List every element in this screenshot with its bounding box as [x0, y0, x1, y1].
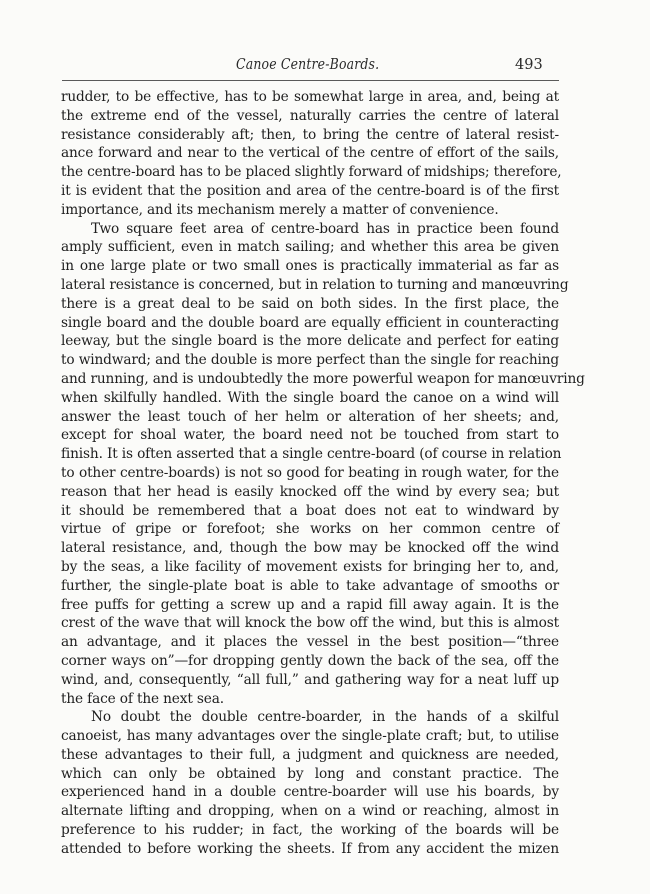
text-line: an advantage, and it places the vessel i… — [61, 633, 559, 652]
text-line: and running, and is undoubtedly the more… — [61, 370, 559, 389]
text-line: the centre-board has to be placed slight… — [61, 163, 559, 182]
running-head: Canoe Centre-Boards. — [61, 57, 450, 77]
text-line: the face of the next sea. — [61, 690, 559, 709]
text-line: except for shoal water, the board need n… — [61, 426, 559, 445]
paragraph-3: No doubt the double centre-boarder, in t… — [61, 708, 559, 858]
text-line: virtue of gripe or forefoot; she works o… — [61, 520, 559, 539]
text-line: No doubt the double centre-boarder, in t… — [61, 708, 559, 727]
text-line: to windward; and the double is more perf… — [61, 351, 559, 370]
page-number: 493 — [515, 57, 543, 73]
text-line: lateral resistance is concerned, but in … — [61, 276, 559, 295]
text-line: there is a great deal to be said on both… — [61, 295, 559, 314]
text-line: which can only be obtained by long and c… — [61, 765, 559, 784]
paragraph-2: Two square feet area of centre-board has… — [61, 220, 559, 709]
text-line: preference to his rudder; in fact, the w… — [61, 821, 559, 840]
text-line: by the seas, a like facility of movement… — [61, 558, 559, 577]
text-line: to other centre-boards) is not so good f… — [61, 464, 559, 483]
text-line: crest of the wave that will knock the bo… — [61, 614, 559, 633]
text-line: when skilfully handled. With the single … — [61, 389, 559, 408]
text-line: finish. It is often asserted that a sing… — [61, 445, 559, 464]
text-line: single board and the double board are eq… — [61, 314, 559, 333]
text-line: experienced hand in a double centre-boar… — [61, 783, 559, 802]
text-line: it is evident that the position and area… — [61, 182, 559, 201]
text-line: rudder, to be effective, has to be somew… — [61, 88, 559, 107]
text-line: importance, and its mechanism merely a m… — [61, 201, 559, 220]
text-line: leeway, but the single board is the more… — [61, 332, 559, 351]
text-line: alternate lifting and dropping, when on … — [61, 802, 559, 821]
book-page: Canoe Centre-Boards. 493 rudder, to be e… — [0, 0, 650, 894]
text-line: resistance considerably aft; then, to br… — [61, 126, 559, 145]
text-line: the extreme end of the vessel, naturally… — [61, 107, 559, 126]
running-title: Canoe Centre-Boards. — [236, 57, 379, 73]
text-line: free puffs for getting a screw up and a … — [61, 596, 559, 615]
text-line: canoeist, has many advantages over the s… — [61, 727, 559, 746]
text-line: wind, and, consequently, “all full,” and… — [61, 671, 559, 690]
text-line: ance forward and near to the vertical of… — [61, 144, 559, 163]
text-line: reason that her head is easily knocked o… — [61, 483, 559, 502]
text-line: lateral resistance, and, though the bow … — [61, 539, 559, 558]
paragraph-1: rudder, to be effective, has to be somew… — [61, 88, 559, 220]
body-text: rudder, to be effective, has to be somew… — [61, 88, 559, 859]
text-line: these advantages to their full, a judgme… — [61, 746, 559, 765]
text-line: it should be remembered that a boat does… — [61, 502, 559, 521]
text-line: amply sufficient, even in match sailing;… — [61, 238, 559, 257]
text-line: further, the single-plate boat is able t… — [61, 577, 559, 596]
text-line: in one large plate or two small ones is … — [61, 257, 559, 276]
text-line: attended to before working the sheets. I… — [61, 840, 559, 859]
text-line: Two square feet area of centre-board has… — [61, 220, 559, 239]
text-line: answer the least touch of her helm or al… — [61, 408, 559, 427]
header-rule — [62, 80, 559, 81]
text-line: corner ways on”—for dropping gently down… — [61, 652, 559, 671]
